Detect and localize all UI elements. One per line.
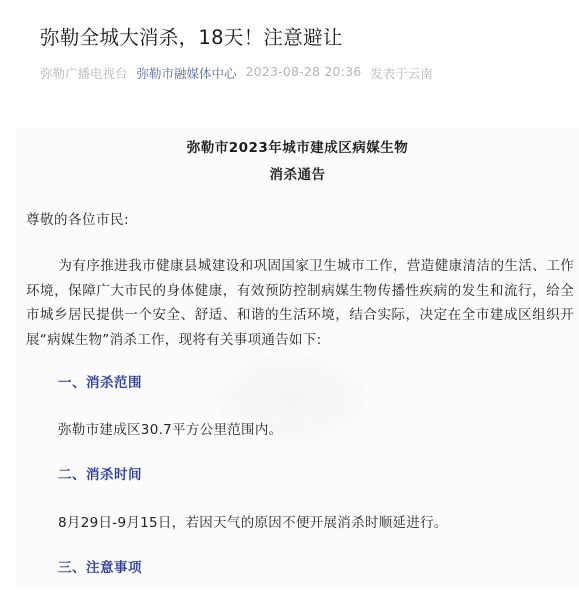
article-title: 弥勒全城大消杀，18天！注意避让 xyxy=(40,22,343,50)
intro-paragraph: 为有序推进我市健康县城建设和巩固国家卫生城市工作，营造健康清洁的生活、工作环境，… xyxy=(26,254,574,352)
section-text-scope: 弥勒市建成区30.7平方公里范围内。 xyxy=(58,418,282,438)
salutation: 尊敬的各位市民: xyxy=(26,208,129,228)
section-heading-time: 二、消杀时间 xyxy=(58,463,142,483)
section-heading-notes: 三、注意事项 xyxy=(58,556,142,576)
publish-time: 2023-08-28 20:36 xyxy=(246,64,362,82)
source-label: 弥勒广播电视台 xyxy=(40,64,128,82)
notice-title: 弥勒市2023年城市建成区病媒生物 xyxy=(16,136,579,156)
article-meta: 弥勒广播电视台 弥勒市融媒体中心 2023-08-28 20:36 发表于云南 xyxy=(40,64,433,82)
section-text-time: 8月29日-9月15日，若因天气的原因不便开展消杀时顺延进行。 xyxy=(58,511,448,531)
account-link[interactable]: 弥勒市融媒体中心 xyxy=(137,64,237,82)
publish-location: 发表于云南 xyxy=(370,64,433,82)
notice-subtitle: 消杀通告 xyxy=(16,163,579,183)
notice-image[interactable]: 弥勒市2023年城市建成区病媒生物 消杀通告 尊敬的各位市民: 为有序推进我市健… xyxy=(16,128,579,590)
section-heading-scope: 一、消杀范围 xyxy=(58,371,142,391)
